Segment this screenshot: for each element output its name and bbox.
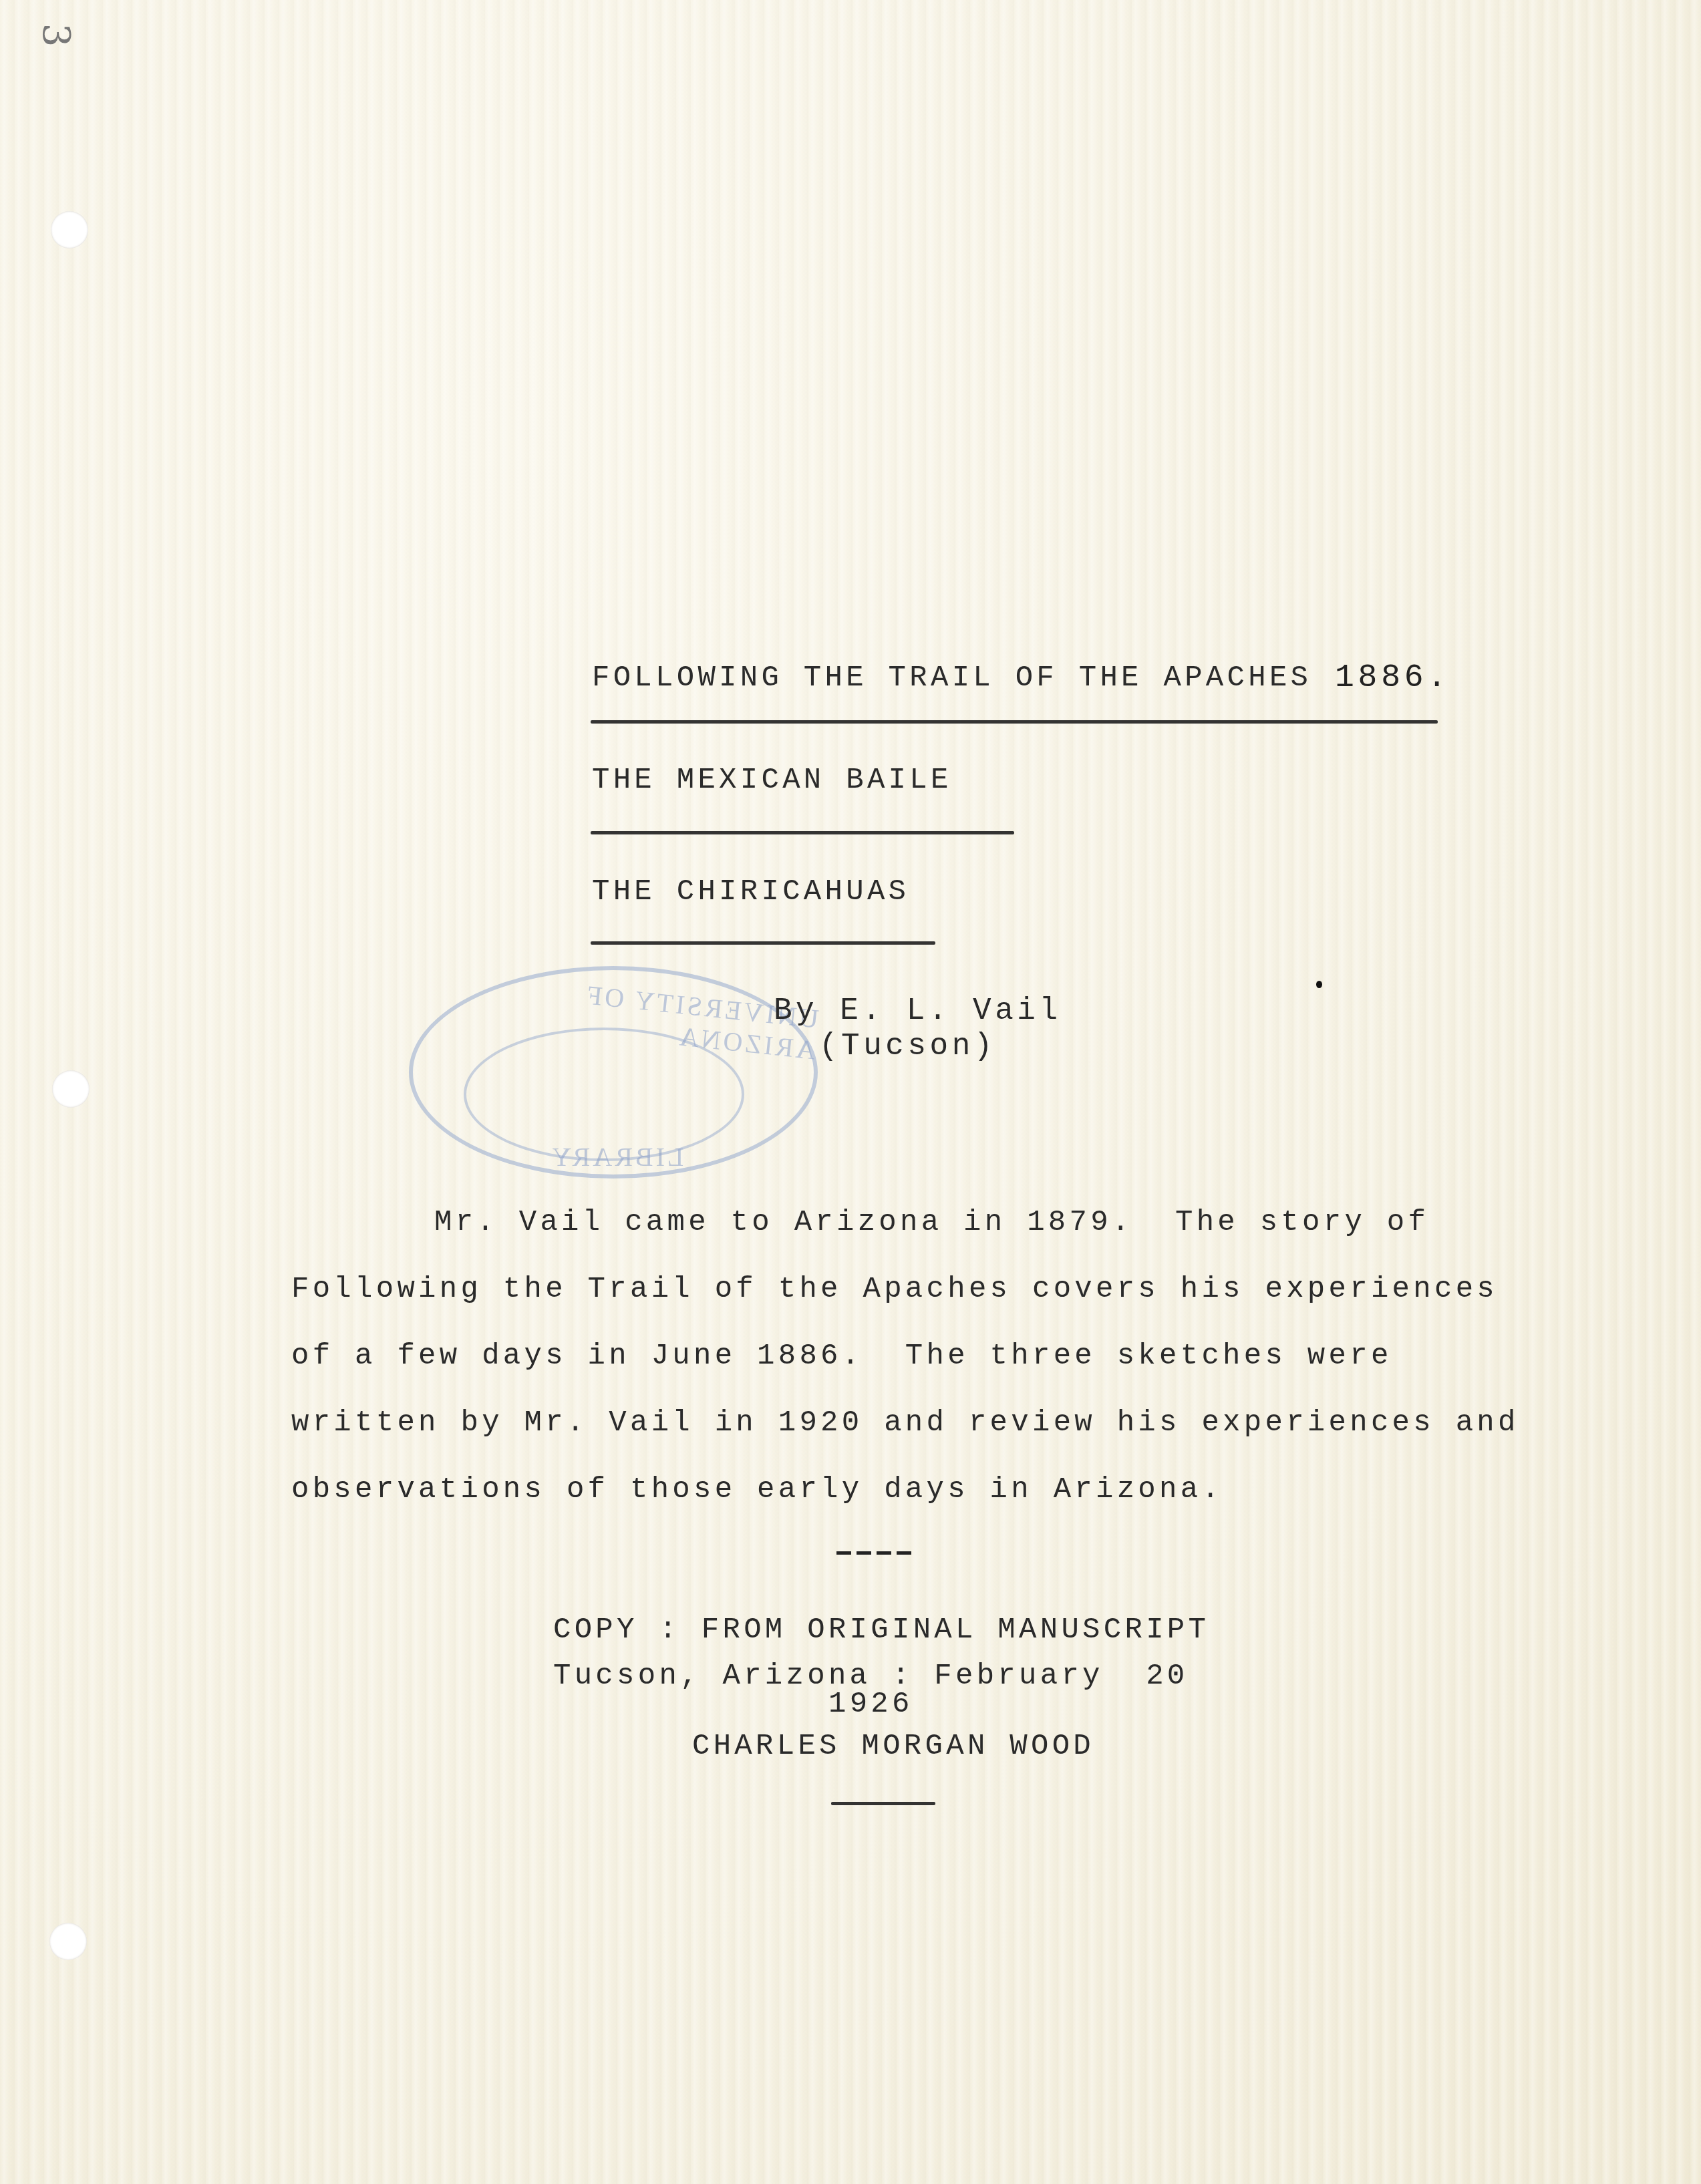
paragraph-line-1: Mr. Vail came to Arizona in 1879. The st… — [434, 1206, 1623, 1239]
subtitle-2-underline — [591, 941, 935, 945]
paper-background — [0, 0, 1701, 2184]
copy-note-author: CHARLES MORGAN WOOD — [692, 1730, 1094, 1763]
copy-note-year: 1926 — [828, 1688, 913, 1721]
library-stamp: UNIVERSITY OF ARIZONA LIBRARY — [409, 966, 818, 1179]
copy-note-line-1: COPY : FROM ORIGINAL MANUSCRIPT — [553, 1613, 1209, 1647]
stamp-bottom-text: LIBRARY — [549, 1141, 683, 1173]
punch-hole-bottom — [49, 1923, 87, 1960]
subtitle-1-underline — [591, 831, 1014, 834]
subtitle-chiricahuas: THE CHIRICAHUAS — [592, 875, 909, 909]
page-number-mark: 3 — [34, 23, 78, 47]
document-title-year: 1886. — [1335, 660, 1450, 696]
ink-speck — [1316, 981, 1322, 988]
paragraph-line-4: written by Mr. Vail in 1920 and review h… — [291, 1406, 1481, 1440]
section-separator — [836, 1551, 911, 1555]
paragraph-line-5: observations of those early days in Ariz… — [291, 1473, 1481, 1507]
punch-hole-middle — [52, 1070, 90, 1108]
paragraph-line-3: of a few days in June 1886. The three sk… — [291, 1340, 1481, 1373]
document-title: FOLLOWING THE TRAIL OF THE APACHES — [592, 661, 1311, 695]
author-location: (Tucson) — [819, 1029, 996, 1064]
closing-rule — [831, 1802, 935, 1805]
author-byline: By E. L. Vail — [774, 993, 1062, 1028]
punch-hole-top — [51, 211, 88, 249]
subtitle-mexican-baile: THE MEXICAN BAILE — [592, 764, 952, 797]
paragraph-line-2: Following the Trail of the Apaches cover… — [291, 1273, 1481, 1306]
title-underline — [591, 720, 1438, 724]
